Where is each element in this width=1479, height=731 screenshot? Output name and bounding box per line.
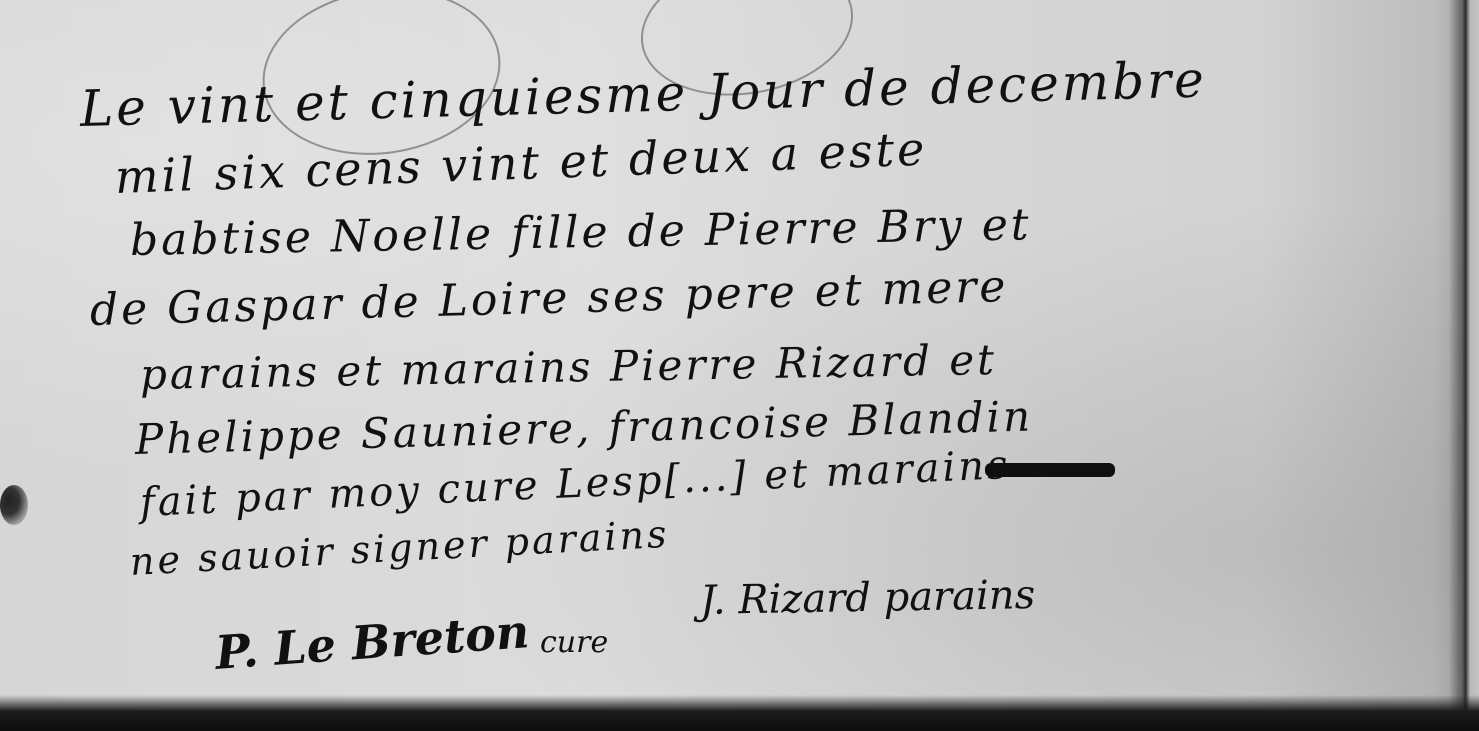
record-line-3: babtise Noelle fille de Pierre Bry et xyxy=(130,199,1032,266)
record-line-5: parains et marains Pierre Rizard et xyxy=(140,335,998,399)
page-right-edge xyxy=(1449,0,1479,731)
record-line-1: Le vint et cinquiesme Jour de decembre xyxy=(79,51,1207,138)
signature-godfather: J. Rizard parains xyxy=(700,572,1036,624)
manuscript-page: Le vint et cinquiesme Jour de decembre m… xyxy=(0,0,1479,731)
ink-blot xyxy=(0,485,28,525)
crossed-out-text xyxy=(985,463,1115,477)
signature-curate-title: cure xyxy=(540,625,608,660)
signature-curate: P. Le Breton xyxy=(213,604,530,680)
record-line-2: mil six cens vint et deux a este xyxy=(114,122,928,204)
record-line-4: de Gaspar de Loire ses pere et mere xyxy=(89,261,1009,336)
page-bottom-shadow xyxy=(0,695,1479,731)
